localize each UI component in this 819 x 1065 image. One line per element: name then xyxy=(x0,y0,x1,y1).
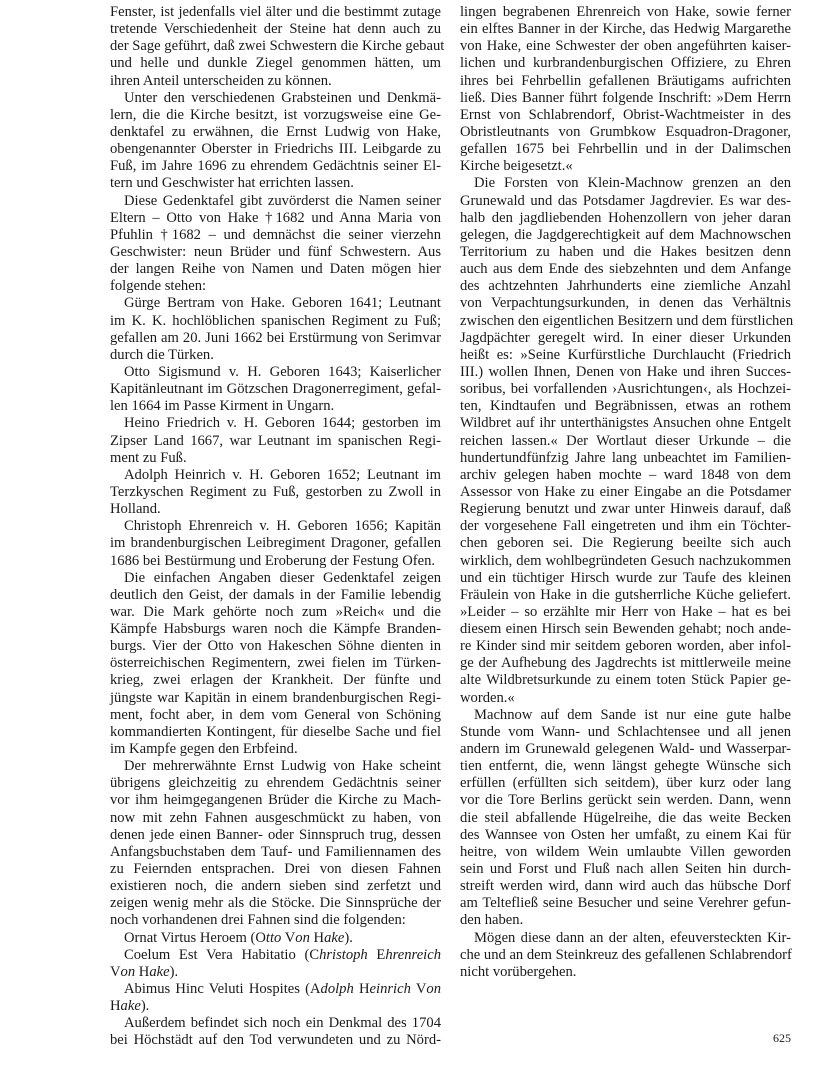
text-line: der Sage geführt, daß zwei Schwestern di… xyxy=(110,38,441,55)
text-line: den haben. xyxy=(460,912,791,929)
text-line: ihren Anteil unterscheiden zu können. xyxy=(110,73,441,90)
text-line: Coelum Est Vera Habitatio (Christoph Ehr… xyxy=(110,947,441,964)
text-line: bei Höchstädt auf den Tod verwundeten un… xyxy=(110,1032,441,1049)
text-line: österreichischen Regimentern, zwei fiele… xyxy=(110,655,441,672)
text-line: reichen lassen.« Der Wortlaut dieser Urk… xyxy=(460,433,791,450)
text-span: ). xyxy=(141,998,150,1014)
italic-text: ake xyxy=(324,930,344,946)
text-line: tern und Geschwister hat errichten lasse… xyxy=(110,175,441,192)
text-line: Ernst von Schlabrendorf, Obrist-Wachtmei… xyxy=(460,107,791,124)
text-line: Von Hake). xyxy=(110,964,441,981)
left-text-column: Fenster, ist jedenfalls viel älter und d… xyxy=(110,4,441,1050)
italic-text: hrenreich xyxy=(385,947,441,963)
text-line: im brandenburgischen Leibregiment Dragon… xyxy=(110,535,441,552)
text-line: Assessor von Hake zu einer Eingabe an di… xyxy=(460,484,791,501)
italic-text: hristoph xyxy=(319,947,368,963)
text-line: Anfangsbuchstaben dem Tauf- und Familien… xyxy=(110,844,441,861)
text-line: vor ihm heimgegangenen Brüder die Kirche… xyxy=(110,792,441,809)
text-line: der vorgesehene Fall eingetreten und ihm… xyxy=(460,518,791,535)
text-line: Gürge Bertram von Hake. Geboren 1641; Le… xyxy=(110,295,441,312)
text-line: Holland. xyxy=(110,501,441,518)
text-line: wirklich, dem wohlbegründeten Gesuch nac… xyxy=(460,553,791,570)
text-line: ment, focht aber, in dem vom General von… xyxy=(110,707,441,724)
text-line: von Verpachtungsurkunden, in denen das V… xyxy=(460,295,791,312)
text-line: chen geboren sei. Die Regierung beeilte … xyxy=(460,535,791,552)
text-line: ein elftes Banner in der Kirche, das Hed… xyxy=(460,21,791,38)
italic-text: on xyxy=(426,981,441,997)
text-line: Christoph Ehrenreich v. H. Geboren 1656;… xyxy=(110,518,441,535)
text-line: und ein tüchtiger Hirsch wurde zur Taufe… xyxy=(460,570,791,587)
text-line: Wildbret auf ihr unterthänigstes Ansuche… xyxy=(460,415,791,432)
text-span: H xyxy=(135,964,149,980)
text-line: now mit zehn Fahnen ausgeschmückt zu hab… xyxy=(110,810,441,827)
text-line: Fenster, ist jedenfalls viel älter und d… xyxy=(110,4,441,21)
text-line: Die Forsten von Klein-Machnow grenzen an… xyxy=(460,175,791,192)
text-span: ). xyxy=(170,964,179,980)
italic-text: dolph xyxy=(321,981,354,997)
text-line: Stunde vom Wann- und Schlachtensee und a… xyxy=(460,724,791,741)
text-line: Eltern – Otto von Hake †1682 und Anna Ma… xyxy=(110,210,441,227)
text-line: Jagdpächter geregelt wird. In einer dies… xyxy=(460,330,791,347)
text-line: Kapitänleutnant im Götzschen Dragonerreg… xyxy=(110,381,441,398)
text-line: soribus, bei vorfallenden ›Ausrichtungen… xyxy=(460,381,791,398)
text-line: hundertundfünfzig Jahre lang unbeachtet … xyxy=(460,450,791,467)
text-line: Otto Sigismund v. H. Geboren 1643; Kaise… xyxy=(110,364,441,381)
text-line: denen jede einen Banner- oder Sinnspruch… xyxy=(110,827,441,844)
text-line: re Kinder sind mir seitdem geboren worde… xyxy=(460,638,791,655)
text-line: erfüllen (erfüllten sich seitdem), über … xyxy=(460,775,791,792)
text-line: Unter den verschiedenen Grabsteinen und … xyxy=(110,90,441,107)
text-line: übrigens gleichzeitig zu ehrendem Gedäch… xyxy=(110,775,441,792)
italic-text: ake xyxy=(149,964,169,980)
text-line: che und an dem Steinkreuz des gefallenen… xyxy=(460,947,791,964)
text-line: heißt es: »Seine Kurfürstliche Durchlauc… xyxy=(460,347,791,364)
text-line: diesem einen Hirsch sein Bewenden gehabt… xyxy=(460,621,791,638)
text-line: krieg, zwei erlagen der Krankheit. Der f… xyxy=(110,672,441,689)
text-span: ). xyxy=(344,930,353,946)
text-line: tien entfernt, die, wenn längst gehegte … xyxy=(460,758,791,775)
text-line: jüngste war Kapitän in einem brandenburg… xyxy=(110,690,441,707)
text-line: ten, Kindtaufen und Begräbnissen, etwas … xyxy=(460,398,791,415)
text-span: Abimus Hinc Veluti Hospites (A xyxy=(124,981,321,997)
text-line: deutlich den Geist, der damals in der Fa… xyxy=(110,587,441,604)
text-span: V xyxy=(281,930,295,946)
text-line: des Wannsee von Osten her umfaßt, zu ein… xyxy=(460,827,791,844)
text-line: andern im Grunewald gelegenen Wald- und … xyxy=(460,741,791,758)
text-line: Geschwister: neun Brüder und fünf Schwes… xyxy=(110,244,441,261)
text-span: V xyxy=(411,981,427,997)
text-line: Hake). xyxy=(110,998,441,1015)
text-line: von Hake, eine Schwester der oben angefü… xyxy=(460,38,791,55)
page-number: 625 xyxy=(760,1031,791,1045)
right-text-column: lingen begrabenen Ehrenreich von Hake, s… xyxy=(460,4,791,981)
text-line: Territorium zu haben und die Hakes besit… xyxy=(460,244,791,261)
text-line: III.) wollen Ihnen, Denen von Hake und i… xyxy=(460,364,791,381)
text-line: Die einfachen Angaben dieser Gedenktafel… xyxy=(110,570,441,587)
italic-text: tto xyxy=(266,930,281,946)
text-line: Außerdem befindet sich noch ein Denkmal … xyxy=(110,1015,441,1032)
text-line: Zipser Land 1667, war Leutnant im spanis… xyxy=(110,433,441,450)
italic-text: ake xyxy=(121,998,141,1014)
text-line: Terzkyschen Regiment zu Fuß, gestorben z… xyxy=(110,484,441,501)
text-line: Grunewald und das Potsdamer Jagdrevier. … xyxy=(460,193,791,210)
text-line: im Kampfe gegen den Erbfeind. xyxy=(110,741,441,758)
text-line: die steil abfallende Hügelreihe, die das… xyxy=(460,810,791,827)
text-line: lingen begrabenen Ehrenreich von Hake, s… xyxy=(460,4,791,21)
text-line: noch vorhandenen drei Fahnen sind die fo… xyxy=(110,912,441,929)
text-line: len 1664 im Passe Kirment in Ungarn. xyxy=(110,398,441,415)
text-line: Mögen diese dann an der alten, efeuverst… xyxy=(460,930,791,947)
text-line: Kämpfe Habsburgs waren noch die Kämpfe B… xyxy=(110,621,441,638)
text-line: Adolph Heinrich v. H. Geboren 1652; Leut… xyxy=(110,467,441,484)
text-line: der langen Reihe von Namen und Daten mög… xyxy=(110,261,441,278)
text-line: streift werden wird, dann wird auch das … xyxy=(460,878,791,895)
text-line: denktafel zu erwähnen, die Ernst Ludwig … xyxy=(110,124,441,141)
text-line: des achtzehnten Jahrhunderts eine ziemli… xyxy=(460,278,791,295)
text-span: Coelum Est Vera Habitatio (C xyxy=(124,947,319,963)
text-line: tretende Verschiedenheit der Steine hat … xyxy=(110,21,441,38)
text-line: und helle und dunkle Ziegel genommen hät… xyxy=(110,55,441,72)
text-line: auch aus dem Ende des siebzehnten und de… xyxy=(460,261,791,278)
text-line: ment zu Fuß. xyxy=(110,450,441,467)
text-line: obengenannter Oberster in Friedrichs III… xyxy=(110,141,441,158)
text-line: Heino Friedrich v. H. Geboren 1644; gest… xyxy=(110,415,441,432)
text-line: burgs. Vier der Otto von Hakeschen Söhne… xyxy=(110,638,441,655)
text-line: Regierung benutzt und zwar unter Hinweis… xyxy=(460,501,791,518)
italic-text: einrich xyxy=(370,981,411,997)
text-line: im K. K. hochlöblichen spanischen Regime… xyxy=(110,313,441,330)
text-line: nicht vorübergehen. xyxy=(460,964,791,981)
text-line: ließ. Dies Banner führt folgende Inschri… xyxy=(460,90,791,107)
text-line: ge der Aufhebung des Jagdrechts ist mitt… xyxy=(460,655,791,672)
text-line: kommandierten Kontingent, für dieselbe S… xyxy=(110,724,441,741)
text-line: Der mehrerwähnte Ernst Ludwig von Hake s… xyxy=(110,758,441,775)
text-line: Obristleutnants von Grumbkow Esquadron-D… xyxy=(460,124,791,141)
text-line: ihres bei Fehrbellin gefallenen Bräutiga… xyxy=(460,73,791,90)
book-page: Fenster, ist jedenfalls viel älter und d… xyxy=(0,0,819,1065)
text-line: gelegen, die Jagdgerechtigkeit auf dem M… xyxy=(460,227,791,244)
text-line: war. Die Mark gehörte noch zum »Reich« u… xyxy=(110,604,441,621)
italic-text: on xyxy=(121,964,136,980)
text-line: halb den jagdliebenden Hohenzollern von … xyxy=(460,210,791,227)
text-line: vor die Tore Berlins gerückt sein werden… xyxy=(460,792,791,809)
text-line: »Leider – so erzählte mir Herr von Hake … xyxy=(460,604,791,621)
text-line: zwischen den eigentlichen Besitzern und … xyxy=(460,313,791,330)
text-span: H xyxy=(354,981,370,997)
text-line: durch die Türken. xyxy=(110,347,441,364)
text-line: heitre, von wildem Wein umlaubte Villen … xyxy=(460,844,791,861)
text-line: lern, die die Kirche besitzt, ist vorzug… xyxy=(110,107,441,124)
text-line: Kirche beigesetzt.« xyxy=(460,158,791,175)
text-line: Abimus Hinc Veluti Hospites (Adolph Hein… xyxy=(110,981,441,998)
italic-text: on xyxy=(295,930,310,946)
text-line: gefallen am 20. Juni 1662 bei Erstürmung… xyxy=(110,330,441,347)
text-line: sein und Forst und Fluß nach allen Seite… xyxy=(460,861,791,878)
text-line: Machnow auf dem Sande ist nur eine gute … xyxy=(460,707,791,724)
text-span: H xyxy=(310,930,324,946)
text-span: Ornat Virtus Heroem (O xyxy=(124,930,266,946)
text-line: Diese Gedenktafel gibt zuvörderst die Na… xyxy=(110,193,441,210)
text-line: lichen und kurbrandenburgischen Offizier… xyxy=(460,55,791,72)
text-line: Ornat Virtus Heroem (Otto Von Hake). xyxy=(110,930,441,947)
text-line: existieren noch, die andern sieben sind … xyxy=(110,878,441,895)
text-line: archiv gelegen haben mochte – ward 1848 … xyxy=(460,467,791,484)
text-line: folgende stehen: xyxy=(110,278,441,295)
text-span: H xyxy=(110,998,121,1014)
text-line: zu Feiernden entsprachen. Drei von diese… xyxy=(110,861,441,878)
text-line: Fräulein von Hake in die gutsherrliche K… xyxy=(460,587,791,604)
text-span: V xyxy=(110,964,121,980)
text-span: E xyxy=(368,947,386,963)
text-line: gefallen 1675 bei Fehrbellin und in der … xyxy=(460,141,791,158)
text-line: am Teltefließ seine Besucher und seine V… xyxy=(460,895,791,912)
text-line: alte Wildbretsurkunde zu einem toten Stü… xyxy=(460,672,791,689)
text-line: Pfuhlin †1682 – und demnächst die seiner… xyxy=(110,227,441,244)
text-line: worden.« xyxy=(460,690,791,707)
text-line: zeigen wenig mehr als die Stöcke. Die Si… xyxy=(110,895,441,912)
text-line: 1686 bei Bestürmung und Eroberung der Fe… xyxy=(110,553,441,570)
text-line: Fuß, im Jahre 1696 zu ehrendem Gedächtni… xyxy=(110,158,441,175)
